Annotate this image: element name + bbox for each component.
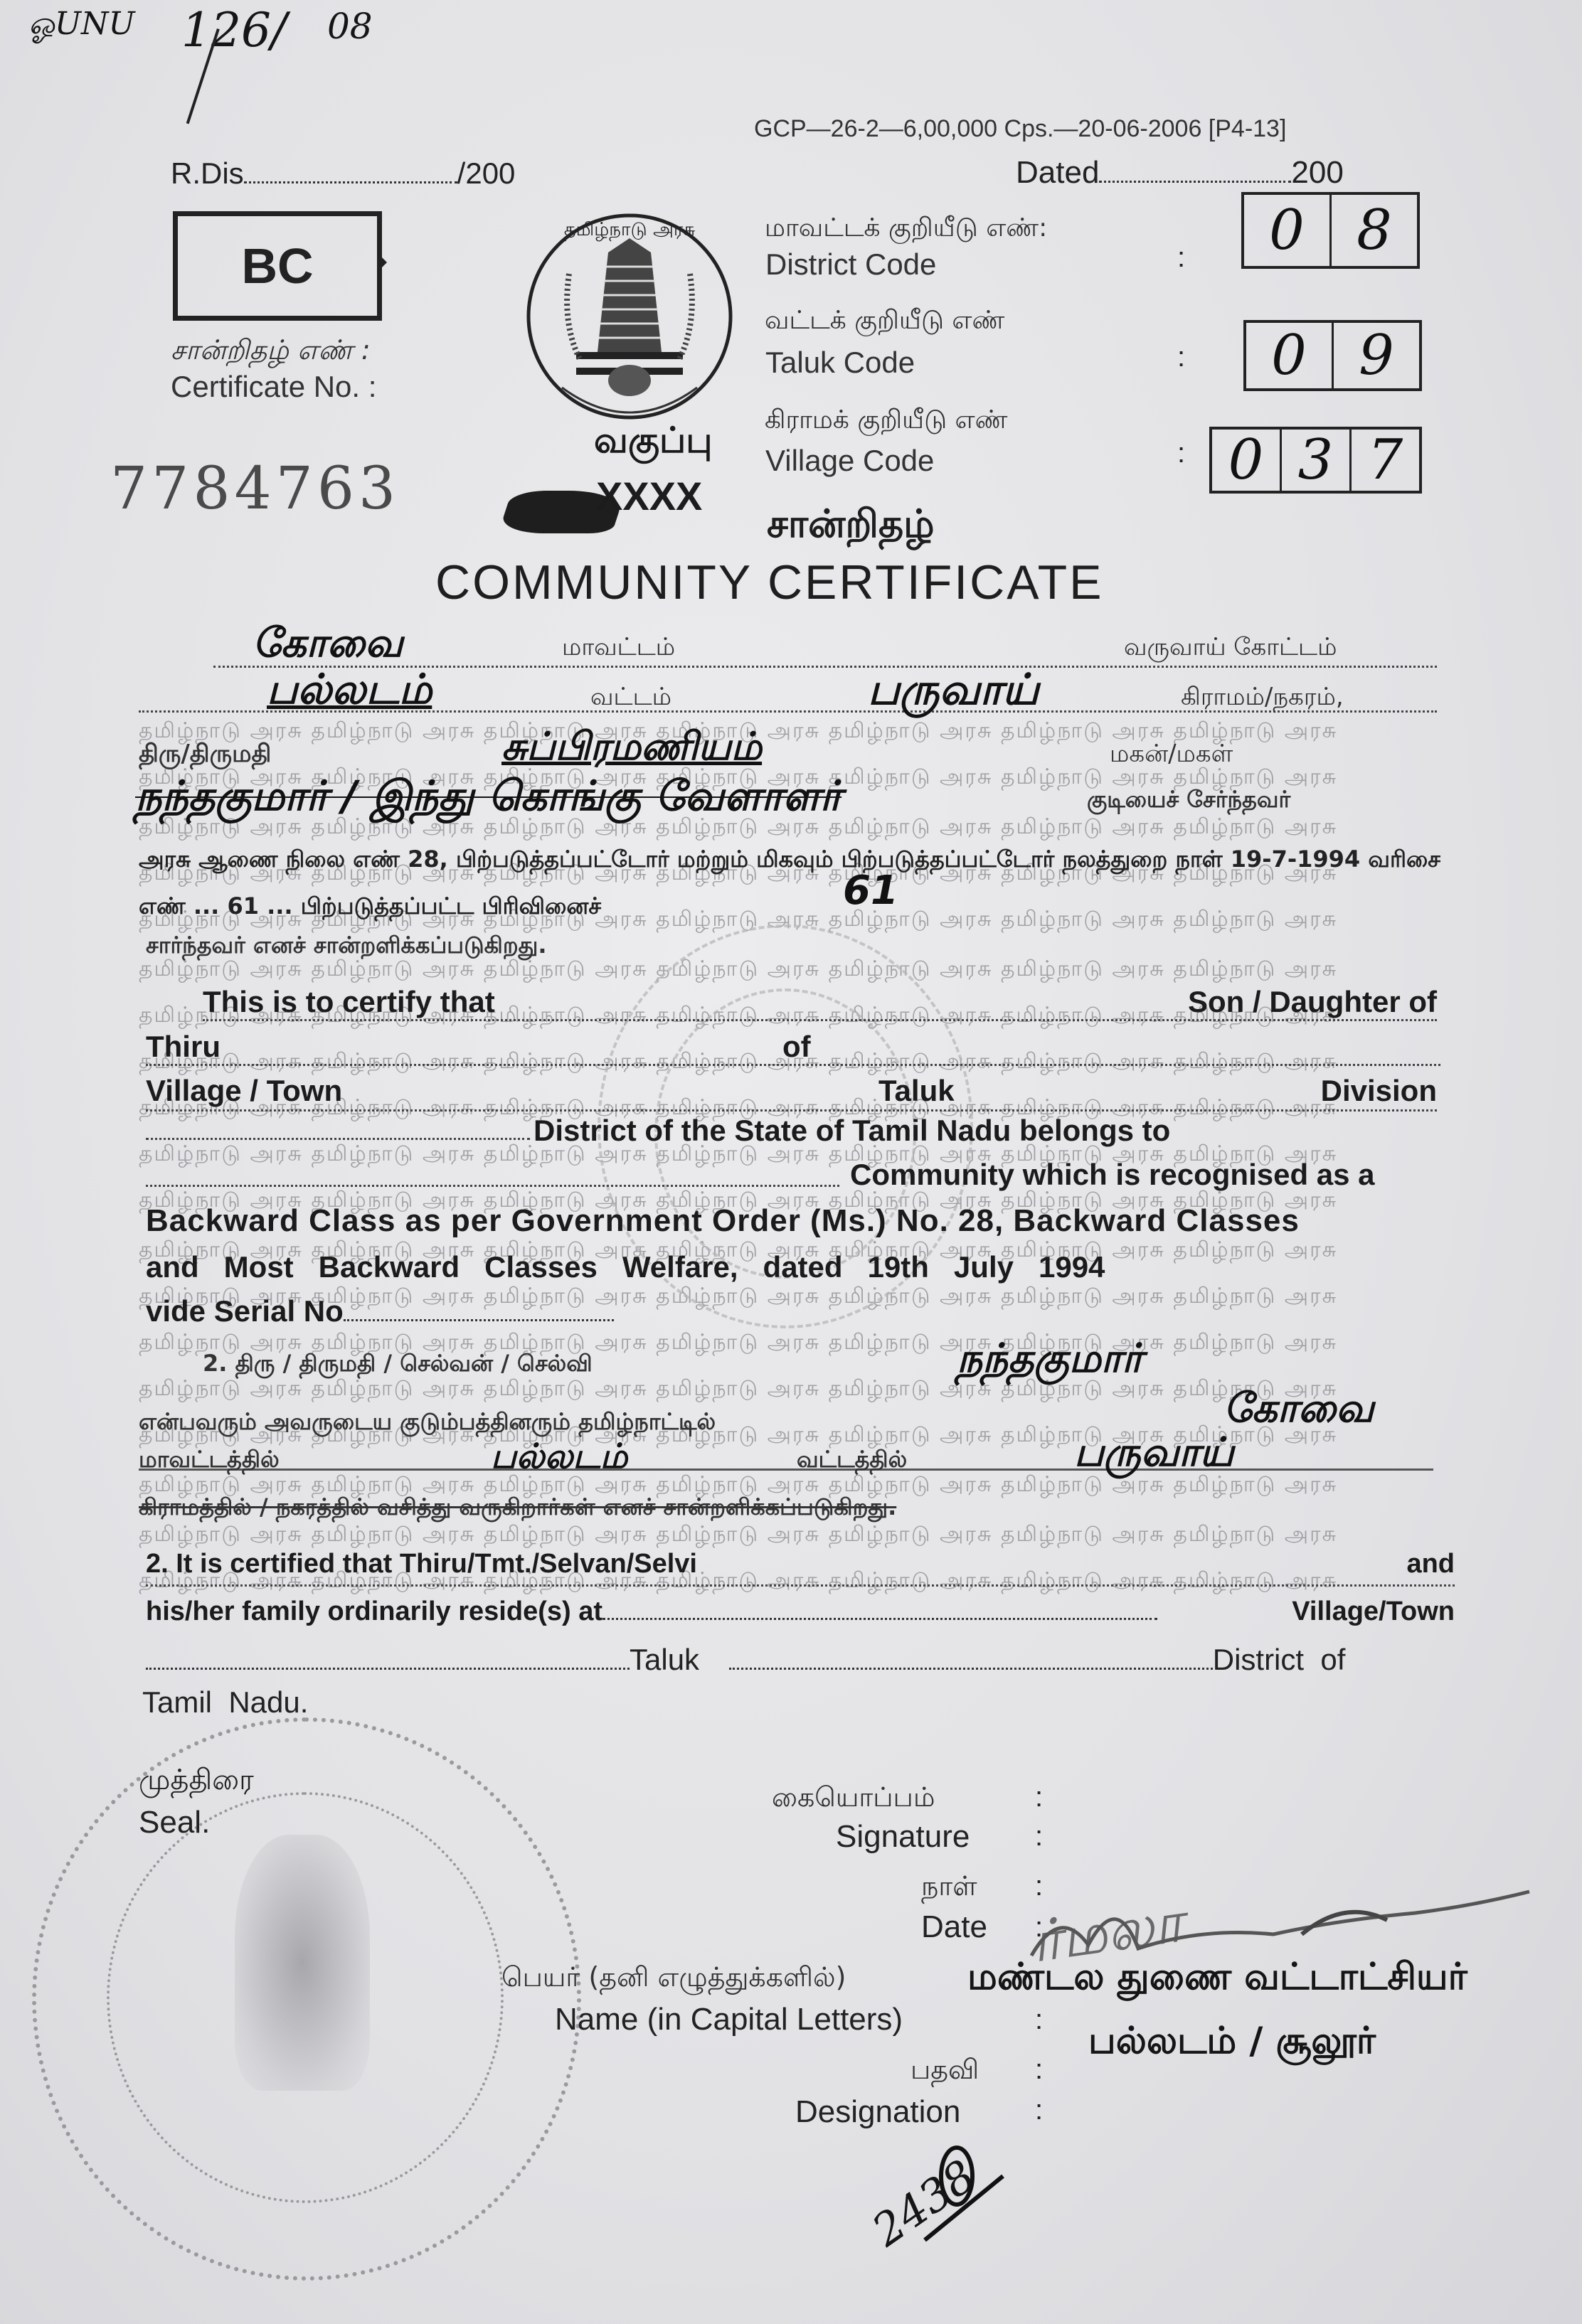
dated-suffix: 200 [1291, 155, 1343, 190]
village-code-label-en: Village Code [765, 444, 934, 478]
r-dis-field: R.Dis/200 [171, 156, 515, 191]
village-code-digit: 0 [1212, 430, 1282, 491]
en-line8: vide Serial No [146, 1294, 614, 1328]
tamil-para2-taluk: பல்லடம் [491, 1436, 627, 1481]
certificate-no-label-en: Certificate No. : [171, 370, 376, 404]
tamil-serial-value: 61 [843, 868, 898, 914]
tamil-district-label: மாவட்டம் [562, 633, 675, 664]
tamil-para2-line2: என்பவரும் அவருடைய குடும்பத்தினரும் தமிழ்… [139, 1408, 716, 1438]
tamil-para2-label: 2. திரு / திருமதி / செல்வன் / செல்வி [203, 1350, 593, 1380]
taluk-code-digit: 9 [1334, 323, 1419, 388]
en-line4: District of the State of Tamil Nadu belo… [533, 1114, 1170, 1148]
tamil-para2-village: பருவாய் [1074, 1429, 1233, 1481]
date-label-en: Date [921, 1909, 987, 1945]
district-code-digit: 8 [1332, 195, 1417, 266]
en-certify-label: This is to certify that [203, 985, 495, 1019]
tamil-closing-line: சார்ந்தவர் எனச் சான்றளிக்கப்படுகிறது. [146, 932, 547, 961]
seal-label-en: Seal. [139, 1805, 210, 1840]
dated-label: Dated [1016, 155, 1099, 190]
handwritten-ref-number: 126/ [181, 3, 287, 58]
tamil-honorific-label: திரு/திருமதி [139, 740, 271, 771]
en-line7: and Most Backward Classes Welfare, dated… [146, 1250, 1105, 1284]
certificate-no-label-ta: சான்றிதழ் எண் : [171, 334, 371, 370]
r-dis-label: R.Dis [171, 156, 244, 190]
tamil-district-value: கோவை [253, 620, 403, 671]
taluk-code-box: 0 9 [1243, 320, 1422, 391]
tamil-para2-line3-prefix: மாவட்டத்தில் [139, 1446, 280, 1476]
en-para2-reside-label: his/her family ordinarily reside(s) at [146, 1597, 602, 1626]
en-para2-certify-label: 2. It is certified that Thiru/Tmt./Selva… [146, 1549, 697, 1579]
handwritten-ref-suffix: 08 [327, 6, 373, 47]
en-para2-line1: 2. It is certified that Thiru/Tmt./Selva… [146, 1549, 1455, 1587]
title-tamil: சான்றிதழ் [767, 501, 935, 552]
en-line2: Thiru of [146, 1030, 1440, 1066]
en-thiru-label: Thiru [146, 1030, 221, 1063]
district-code-label-ta: மாவட்டக் குறியீடு எண்: [765, 213, 1047, 246]
en-para2-village-town-label: Village/Town [1292, 1597, 1455, 1627]
district-code-colon: : [1177, 242, 1185, 274]
certificate-number: 7784763 [110, 455, 400, 523]
signature-colon: : [1035, 1781, 1043, 1813]
name-label-ta: பெயர் (தனி எழுத்துக்களில்) [501, 1961, 846, 1997]
tamil-para2-line4: கிராமத்தில் / நகரத்தில் வசித்து வருகிறார… [139, 1493, 896, 1523]
en-line6: Backward Class as per Government Order (… [146, 1203, 1300, 1239]
en-para2-line2: his/her family ordinarily reside(s) at V… [146, 1597, 1455, 1632]
r-dis-suffix: /200 [457, 156, 516, 190]
taluk-code-label-en: Taluk Code [765, 346, 915, 380]
tamil-para2-district: கோவை [1223, 1385, 1374, 1436]
tamil-village-label: கிராமம்/நகரம், [1181, 683, 1344, 714]
date-label-ta: நாள் [921, 1870, 977, 1906]
tamil-belongs-label: குடியைச் சேர்ந்தவர் [1087, 786, 1290, 816]
designation-label-en: Designation [795, 2094, 960, 2130]
tamil-para2-name: நந்தகுமார் [957, 1336, 1142, 1387]
district-code-digit: 0 [1244, 195, 1332, 266]
district-code-box: 0 8 [1241, 192, 1420, 269]
security-watermark: தமிழ்நாடு அரசு தமிழ்நாடு அரசு தமிழ்நாடு … [139, 1522, 1448, 1550]
category-box: BC [173, 211, 382, 321]
taluk-code-digit: 0 [1246, 323, 1334, 388]
tamil-para2-line3-mid: வட்டத்தில் [797, 1446, 907, 1476]
village-code-digit: 7 [1352, 430, 1419, 491]
en-para2-and-label: and [1406, 1549, 1455, 1579]
village-code-colon: : [1177, 437, 1185, 469]
designation-colon-2: : [1035, 2094, 1043, 2126]
district-code-label-en: District Code [765, 247, 936, 282]
signature-label-en: Signature [836, 1819, 970, 1855]
designation-colon: : [1035, 2054, 1043, 2086]
office-seal-emblem [235, 1835, 370, 2091]
tamil-nadu-emblem-icon: தமிழ்நாடு அரசு [519, 210, 740, 430]
en-para2-district-of-label: District of [1213, 1643, 1346, 1676]
en-of-label: of [782, 1030, 811, 1064]
category-box-tick [377, 252, 387, 272]
tamil-holder-name: நந்தகுமார் / இந்து கொங்கு வேளாளர் [135, 772, 842, 826]
tamil-revenue-division-label: வருவாய் கோட்டம் [1124, 633, 1337, 664]
en-son-daughter-label: Son / Daughter of [1188, 985, 1437, 1019]
village-code-box: 0 3 7 [1209, 427, 1422, 494]
taluk-code-label-ta: வட்டக் குறியீடு எண் [765, 306, 1004, 339]
tamil-go-line: அரசு ஆணை நிலை எண் 28, பிற்படுத்தப்பட்டோர… [139, 836, 1440, 929]
print-code: GCP—26-2—6,00,000 Cps.—20-06-2006 [P4-13… [754, 115, 1286, 143]
title-english: COMMUNITY CERTIFICATE [435, 555, 1103, 610]
certificate-page: ஓUNU 126/ 08 GCP—26-2—6,00,000 Cps.—20-0… [0, 0, 1582, 2324]
signature-label-ta: கையொப்பம் [772, 1781, 935, 1817]
name-label-en: Name (in Capital Letters) [555, 2002, 903, 2037]
en-line5: Community which is recognised as a [850, 1158, 1375, 1192]
handwritten-ref-prefix: ஓUNU [28, 6, 135, 46]
tamil-taluk-label: வட்டம் [590, 683, 671, 714]
officer-stamp-line2: பல்லடம் / சூலூர் [1088, 2020, 1376, 2067]
en-village-town-label: Village / Town [146, 1074, 342, 1107]
taluk-code-colon: : [1177, 341, 1185, 373]
tamil-taluk-value: பல்லடம் [267, 665, 432, 719]
en-line5-dots [146, 1185, 839, 1187]
redacted-overwrite: XXXX [596, 473, 702, 519]
village-code-label-ta: கிராமக் குறியீடு எண் [765, 405, 1007, 438]
en-para2-taluk-label: Taluk [630, 1643, 699, 1676]
en-line1: This is to certify that Son / Daughter o… [203, 985, 1437, 1021]
tamil-parent-name: சுப்பிரமணியம் [501, 724, 762, 774]
tamil-village-value: பருவாய் [868, 665, 1039, 720]
signature-colon-2: : [1035, 1821, 1043, 1853]
security-watermark: தமிழ்நாடு அரசு தமிழ்நாடு அரசு தமிழ்நாடு … [139, 718, 1448, 746]
en-line4-dots [146, 1138, 530, 1140]
en-para2-tamil-nadu: Tamil Nadu. [142, 1685, 308, 1720]
village-code-digit: 3 [1282, 430, 1352, 491]
en-division-label: Division [1321, 1074, 1437, 1108]
tamil-para2-line3-rule [139, 1469, 1433, 1471]
officer-stamp-line1: மண்டல துணை வட்டாட்சியர் [967, 1956, 1467, 2003]
tamil-go-text: அரசு ஆணை நிலை எண் 28, பிற்படுத்தப்பட்டோர… [139, 846, 1440, 920]
en-para2-line3: Taluk District of [146, 1643, 1455, 1677]
seal-label-ta: முத்திரை [139, 1764, 254, 1800]
dated-field: Dated200 [1016, 155, 1344, 191]
en-serial-no-label: vide Serial No [146, 1294, 344, 1328]
designation-label-ta: பதவி [911, 2054, 979, 2089]
name-colon: : [1035, 2004, 1043, 2036]
tamil-relation-label: மகன்/மகள் [1110, 740, 1233, 771]
svg-text:தமிழ்நாடு அரசு: தமிழ்நாடு அரசு [564, 219, 696, 241]
en-line3: Village / Town Taluk Division [146, 1074, 1437, 1112]
en-taluk-label: Taluk [878, 1074, 955, 1108]
category-stamp: வகுப்பு [594, 420, 712, 466]
